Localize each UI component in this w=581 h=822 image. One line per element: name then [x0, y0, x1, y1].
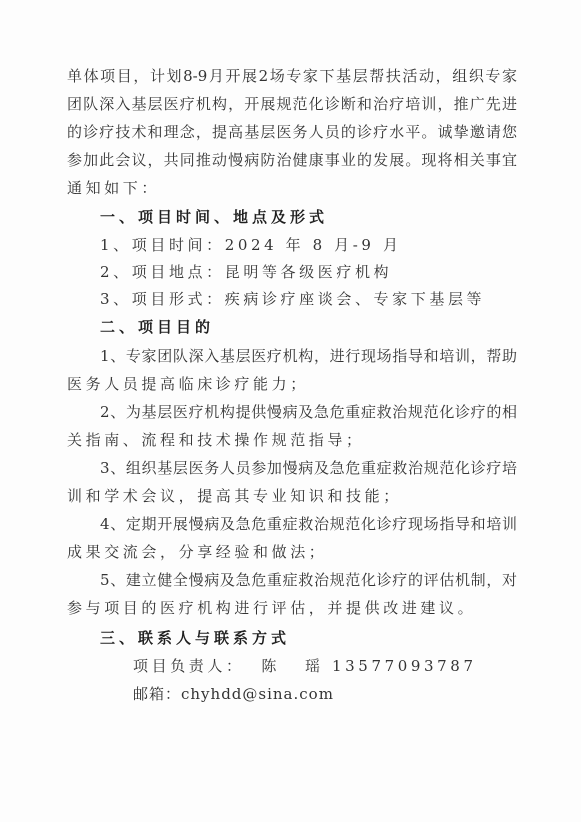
project-location-item: 2、项目地点：昆明等各级医疗机构	[100, 262, 550, 282]
document-page: 单体项目，计划8-9月开展2场专家下基层帮扶活动，组织专家 团队深入基层医疗机构…	[0, 0, 581, 822]
project-time-item: 1、项目时间：2024 年 8 月-9 月	[100, 235, 550, 255]
purpose-item-1: 1、专家团队深入基层医疗机构，进行现场指导和培训，帮助	[100, 346, 517, 366]
purpose-item-3-cont: 训和学术会议，提高其专业知识和技能；	[67, 486, 517, 506]
contact-person: 项目负责人： 陈 瑶 13577093787	[133, 656, 581, 676]
purpose-item-5: 5、建立健全慢病及急危重症救治规范化诊疗的评估机制，对	[100, 570, 517, 590]
intro-line: 的诊疗技术和理念，提高基层医务人员的诊疗水平。诚挚邀请您	[67, 122, 517, 142]
purpose-item-2: 2、为基层医疗机构提供慢病及急危重症救治规范化诊疗的相	[100, 402, 517, 422]
purpose-item-2-cont: 关指南、流程和技术操作规范指导；	[67, 430, 517, 450]
section-heading-project-purpose: 二、项目目的	[100, 317, 550, 337]
purpose-item-1-cont: 医务人员提高临床诊疗能力；	[67, 374, 517, 394]
intro-line: 通知如下：	[67, 178, 517, 198]
purpose-item-5-cont: 参与项目的医疗机构进行评估，并提供改进建议。	[67, 598, 517, 618]
intro-line: 参加此会议，共同推动慢病防治健康事业的发展。现将相关事宜	[67, 150, 517, 170]
contact-email: 邮箱：chyhdd@sina.com	[133, 684, 581, 704]
project-form-item: 3、项目形式：疾病诊疗座谈会、专家下基层等	[100, 289, 550, 309]
purpose-item-4-cont: 成果交流会，分享经验和做法；	[67, 542, 517, 562]
section-heading-contact: 三、联系人与联系方式	[100, 628, 550, 648]
purpose-item-3: 3、组织基层医务人员参加慢病及急危重症救治规范化诊疗培	[100, 458, 517, 478]
section-heading-time-place-form: 一、项目时间、地点及形式	[100, 207, 550, 227]
purpose-item-4: 4、定期开展慢病及急危重症救治规范化诊疗现场指导和培训	[100, 514, 517, 534]
intro-line: 团队深入基层医疗机构，开展规范化诊断和治疗培训，推广先进	[67, 94, 517, 114]
intro-line: 单体项目，计划8-9月开展2场专家下基层帮扶活动，组织专家	[67, 66, 517, 86]
